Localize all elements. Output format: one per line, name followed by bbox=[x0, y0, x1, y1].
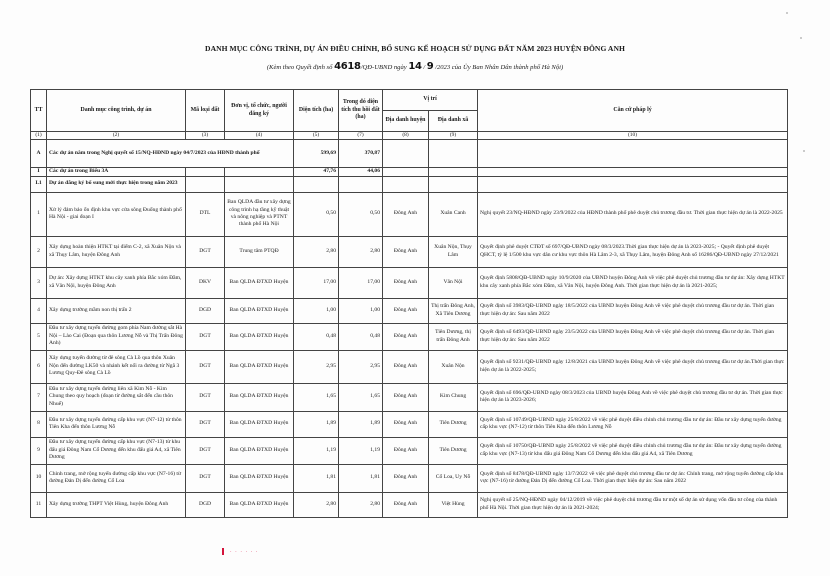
row-land-code: DGT bbox=[186, 236, 225, 267]
empty-cell bbox=[186, 168, 225, 176]
table-row: 9Đầu tư xây dựng tuyến đường cấp khu vực… bbox=[31, 437, 788, 464]
row-land-code: DKV bbox=[186, 267, 225, 298]
row-district: Đông Anh bbox=[383, 236, 429, 267]
row-land-code: DGD bbox=[186, 298, 225, 323]
row-project-name: Đầu tư xây dựng tuyến đường cấp khu vực … bbox=[47, 437, 186, 464]
row-commune: Thị trấn Đông Anh, Xã Tiên Dương bbox=[429, 298, 478, 323]
row-legal-basis: Quyết định 5808/QĐ-UBND ngày 10/9/2020 c… bbox=[478, 267, 788, 298]
row-project-name: Xây dựng tuyến đường từ đê sông Cà Lồ qu… bbox=[47, 350, 186, 383]
row-tt: 11 bbox=[31, 492, 47, 517]
section-i1-tt: I.1 bbox=[31, 176, 47, 192]
row-recovered-area: 1,65 bbox=[339, 383, 383, 411]
row-recovered-area: 1,00 bbox=[339, 298, 383, 323]
section-i-recovered-area: 44,06 bbox=[339, 168, 383, 176]
row-commune: Cổ Loa, Uy Nỗ bbox=[429, 464, 478, 492]
row-area: 1,19 bbox=[294, 437, 339, 464]
row-project-name: Xây dựng trường mầm non thị trấn 2 bbox=[47, 298, 186, 323]
row-land-code: DGT bbox=[186, 350, 225, 383]
section-a-name: Các dự án nằm trong Nghị quyết số 15/NQ-… bbox=[47, 140, 294, 168]
section-i1-name: Dự án đăng ký bổ sung mới thực hiện tron… bbox=[47, 176, 186, 192]
table-row: 2Xây dựng hoàn thiện HTKT tại điểm C-2, … bbox=[31, 236, 788, 267]
row-organization: Ban QLDA ĐTXD Huyện bbox=[225, 298, 294, 323]
document-title: DANH MỤC CÔNG TRÌNH, DỰ ÁN ĐIỀU CHỈNH, B… bbox=[0, 44, 830, 53]
header-legal-basis: Căn cứ pháp lý bbox=[478, 90, 788, 132]
row-commune: Vân Nội bbox=[429, 267, 478, 298]
empty-cell bbox=[478, 176, 788, 192]
row-land-code: DGT bbox=[186, 437, 225, 464]
row-tt: 5 bbox=[31, 323, 47, 350]
row-legal-basis: Quyết định số 6493/QĐ-UBND ngày 23/5/202… bbox=[478, 323, 788, 350]
row-tt: 1 bbox=[31, 192, 47, 236]
header-commune: Địa danh xã bbox=[429, 111, 478, 132]
row-district: Đông Anh bbox=[383, 411, 429, 437]
row-recovered-area: 0,50 bbox=[339, 192, 383, 236]
row-tt: 10 bbox=[31, 464, 47, 492]
row-area: 2,80 bbox=[294, 492, 339, 517]
red-stamp-mark: · · · · · · bbox=[222, 548, 302, 556]
header-tt: TT bbox=[31, 90, 47, 132]
row-legal-basis: Quyết định số 10750/QĐ-UBND ngày 25/8/20… bbox=[478, 437, 788, 464]
table-row: 3Dự án: Xây dựng HTKT khu cây xanh phía … bbox=[31, 267, 788, 298]
stamp-text: · · · · · · bbox=[230, 549, 258, 555]
table-row: 5Đầu tư xây dựng tuyến đường gom phía Na… bbox=[31, 323, 788, 350]
row-commune: Xuân Nộn bbox=[429, 350, 478, 383]
empty-cell bbox=[383, 176, 429, 192]
empty-cell bbox=[186, 176, 225, 192]
empty-cell bbox=[383, 140, 429, 168]
row-area: 1,89 bbox=[294, 411, 339, 437]
row-organization: Ban QLDA ĐTXD Huyện bbox=[225, 411, 294, 437]
header-name: Danh mục công trình, dự án bbox=[47, 90, 186, 132]
row-area: 2,80 bbox=[294, 236, 339, 267]
row-land-code: DGT bbox=[186, 383, 225, 411]
row-organization: Ban QLDA đầu tư xây dựng công trình hạ t… bbox=[225, 192, 294, 236]
row-land-code: DGD bbox=[186, 492, 225, 517]
row-organization: Ban QLDA ĐTXD Huyện bbox=[225, 464, 294, 492]
header-area: Diện tích (ha) bbox=[294, 90, 339, 132]
section-a-tt: A bbox=[31, 140, 47, 168]
row-district: Đông Anh bbox=[383, 437, 429, 464]
row-commune: Xuân Nộn, Thụy Lâm bbox=[429, 236, 478, 267]
row-commune: Xuân Canh bbox=[429, 192, 478, 236]
empty-cell bbox=[339, 176, 383, 192]
row-organization: Trung tâm PTQĐ bbox=[225, 236, 294, 267]
row-organization: Ban QLDA ĐTXD Huyện bbox=[225, 323, 294, 350]
empty-cell bbox=[383, 168, 429, 176]
row-tt: 9 bbox=[31, 437, 47, 464]
row-legal-basis: Quyết định số 8478/QĐ-UBND ngày 13/7/202… bbox=[478, 464, 788, 492]
row-land-code: DGT bbox=[186, 411, 225, 437]
scan-speck bbox=[786, 12, 788, 14]
section-i-row: I Các dự án trong Biểu 3A 47,76 44,06 bbox=[31, 168, 788, 176]
row-project-name: Đầu tư xây dựng tuyến đường liên xã Kim … bbox=[47, 383, 186, 411]
empty-cell bbox=[225, 168, 294, 176]
row-recovered-area: 1,89 bbox=[339, 411, 383, 437]
row-recovered-area: 2,80 bbox=[339, 236, 383, 267]
row-legal-basis: Nghị quyết số 25/NQ-HĐND ngày 04/12/2019… bbox=[478, 492, 788, 517]
table-row: 10Chỉnh trang, mở rộng tuyến đường cấp k… bbox=[31, 464, 788, 492]
section-i-tt: I bbox=[31, 168, 47, 176]
row-organization: Ban QLDA ĐTXD Huyện bbox=[225, 267, 294, 298]
row-area: 2,95 bbox=[294, 350, 339, 383]
column-number: (3) bbox=[186, 132, 225, 140]
header-district: Địa danh huyện bbox=[383, 111, 429, 132]
row-district: Đông Anh bbox=[383, 323, 429, 350]
empty-cell bbox=[429, 176, 478, 192]
stamp-glyph bbox=[222, 548, 224, 555]
row-recovered-area: 1,19 bbox=[339, 437, 383, 464]
table-row: 1Xử lý đảm bảo ổn định khu vực cửa sông … bbox=[31, 192, 788, 236]
row-district: Đông Anh bbox=[383, 383, 429, 411]
row-tt: 8 bbox=[31, 411, 47, 437]
table-row: 7Đầu tư xây dựng tuyến đường liên xã Kim… bbox=[31, 383, 788, 411]
row-area: 1,00 bbox=[294, 298, 339, 323]
row-recovered-area: 0,48 bbox=[339, 323, 383, 350]
decision-number: 4618 bbox=[334, 61, 361, 72]
row-project-name: Xử lý đảm bảo ổn định khu vực cửa sông Đ… bbox=[47, 192, 186, 236]
row-district: Đông Anh bbox=[383, 267, 429, 298]
scan-speck bbox=[803, 150, 805, 152]
row-organization: Ban QLDA ĐTXD Huyện bbox=[225, 492, 294, 517]
column-number: (5) bbox=[294, 132, 339, 140]
row-district: Đông Anh bbox=[383, 350, 429, 383]
row-organization: Ban QLDA ĐTXD Huyện bbox=[225, 437, 294, 464]
row-recovered-area: 17,00 bbox=[339, 267, 383, 298]
row-legal-basis: Quyết định số 3983/QĐ-UBND ngày 18/5/202… bbox=[478, 298, 788, 323]
row-tt: 6 bbox=[31, 350, 47, 383]
row-area: 1,65 bbox=[294, 383, 339, 411]
row-legal-basis: Quyết định phê duyệt CTĐT số 697/QĐ-UBND… bbox=[478, 236, 788, 267]
row-project-name: Đầu tư xây dựng tuyến đường cấp khu vực … bbox=[47, 411, 186, 437]
row-area: 0,50 bbox=[294, 192, 339, 236]
row-legal-basis: Quyết định số 696/QĐ-UBND ngày 08/3/2023… bbox=[478, 383, 788, 411]
row-recovered-area: 2,80 bbox=[339, 492, 383, 517]
row-land-code: DGT bbox=[186, 464, 225, 492]
row-commune: Tiên Dương bbox=[429, 437, 478, 464]
row-project-name: Đầu tư xây dựng tuyến đường gom phía Nam… bbox=[47, 323, 186, 350]
row-project-name: Xây dựng trường THPT Việt Hùng, huyện Đô… bbox=[47, 492, 186, 517]
header-location: Vị trí bbox=[383, 90, 478, 111]
table-row: 11Xây dựng trường THPT Việt Hùng, huyện … bbox=[31, 492, 788, 517]
section-i-area: 47,76 bbox=[294, 168, 339, 176]
row-legal-basis: Nghị quyết 23/NQ-HĐND ngày 23/9/2022 của… bbox=[478, 192, 788, 236]
header-organization: Đơn vị, tổ chức, người đăng ký bbox=[225, 90, 294, 132]
empty-cell bbox=[429, 168, 478, 176]
section-a-row: A Các dự án nằm trong Nghị quyết số 15/N… bbox=[31, 140, 788, 168]
empty-cell bbox=[225, 176, 294, 192]
empty-cell bbox=[294, 176, 339, 192]
row-land-code: DGT bbox=[186, 323, 225, 350]
row-organization: Ban QLDA ĐTXD Huyện bbox=[225, 350, 294, 383]
row-commune: Tiên Dương, thị trấn Đông Anh bbox=[429, 323, 478, 350]
row-area: 1,81 bbox=[294, 464, 339, 492]
column-number-row: (1) (2) (3) (4) (5) (7) (8) (9) (10) bbox=[31, 132, 788, 140]
scan-speck bbox=[800, 37, 802, 39]
subtitle-suffix: /2023 của Ủy Ban Nhân Dân thành phố Hà N… bbox=[433, 64, 563, 71]
header-recovered-area: Trong đó diện tích thu hồi đất (ha) bbox=[339, 90, 383, 132]
section-i1-row: I.1 Dự án đăng ký bổ sung mới thực hiện … bbox=[31, 176, 788, 192]
row-district: Đông Anh bbox=[383, 464, 429, 492]
project-list-table: TT Danh mục công trình, dự án Mã loại đấ… bbox=[30, 89, 788, 518]
document-subtitle: (Kèm theo Quyết định số 4618/QĐ-UBND ngà… bbox=[0, 61, 830, 72]
row-tt: 7 bbox=[31, 383, 47, 411]
empty-cell bbox=[478, 168, 788, 176]
row-recovered-area: 2,95 bbox=[339, 350, 383, 383]
table-row: 8Đầu tư xây dựng tuyến đường cấp khu vực… bbox=[31, 411, 788, 437]
row-project-name: Dự án: Xây dựng HTKT khu cây xanh phía B… bbox=[47, 267, 186, 298]
empty-cell bbox=[429, 140, 478, 168]
row-tt: 3 bbox=[31, 267, 47, 298]
row-project-name: Chỉnh trang, mở rộng tuyến đường cấp khu… bbox=[47, 464, 186, 492]
empty-cell bbox=[478, 140, 788, 168]
decision-day: 14 bbox=[408, 61, 421, 72]
header-land-code: Mã loại đất bbox=[186, 90, 225, 132]
subtitle-prefix: (Kèm theo Quyết định số bbox=[267, 64, 334, 71]
row-area: 0,48 bbox=[294, 323, 339, 350]
row-commune: Tiên Dương bbox=[429, 411, 478, 437]
row-district: Đông Anh bbox=[383, 192, 429, 236]
table-row: 4Xây dựng trường mầm non thị trấn 2DGDBa… bbox=[31, 298, 788, 323]
subtitle-mid: /QĐ-UBND ngày bbox=[361, 64, 409, 71]
column-number: (4) bbox=[225, 132, 294, 140]
column-number: (9) bbox=[429, 132, 478, 140]
row-land-code: DTL bbox=[186, 192, 225, 236]
row-district: Đông Anh bbox=[383, 298, 429, 323]
section-a-area: 599,69 bbox=[294, 140, 339, 168]
row-recovered-area: 1,81 bbox=[339, 464, 383, 492]
column-number: (1) bbox=[31, 132, 47, 140]
row-legal-basis: Quyết định số 10749/QĐ-UBND ngày 25/8/20… bbox=[478, 411, 788, 437]
column-number: (7) bbox=[339, 132, 383, 140]
table-row: 6Xây dựng tuyến đường từ đê sông Cà Lồ q… bbox=[31, 350, 788, 383]
row-tt: 4 bbox=[31, 298, 47, 323]
row-area: 17,00 bbox=[294, 267, 339, 298]
row-district: Đông Anh bbox=[383, 492, 429, 517]
column-number: (10) bbox=[478, 132, 788, 140]
column-number: (2) bbox=[47, 132, 186, 140]
row-project-name: Xây dựng hoàn thiện HTKT tại điểm C-2, x… bbox=[47, 236, 186, 267]
section-i-name: Các dự án trong Biểu 3A bbox=[47, 168, 186, 176]
section-a-recovered-area: 370,87 bbox=[339, 140, 383, 168]
column-number: (8) bbox=[383, 132, 429, 140]
row-legal-basis: Quyết định số 9231/QĐ-UBND ngày 12/8/202… bbox=[478, 350, 788, 383]
row-commune: Việt Hùng bbox=[429, 492, 478, 517]
row-tt: 2 bbox=[31, 236, 47, 267]
row-commune: Kim Chung bbox=[429, 383, 478, 411]
row-organization: Ban QLDA ĐTXD Huyện bbox=[225, 383, 294, 411]
